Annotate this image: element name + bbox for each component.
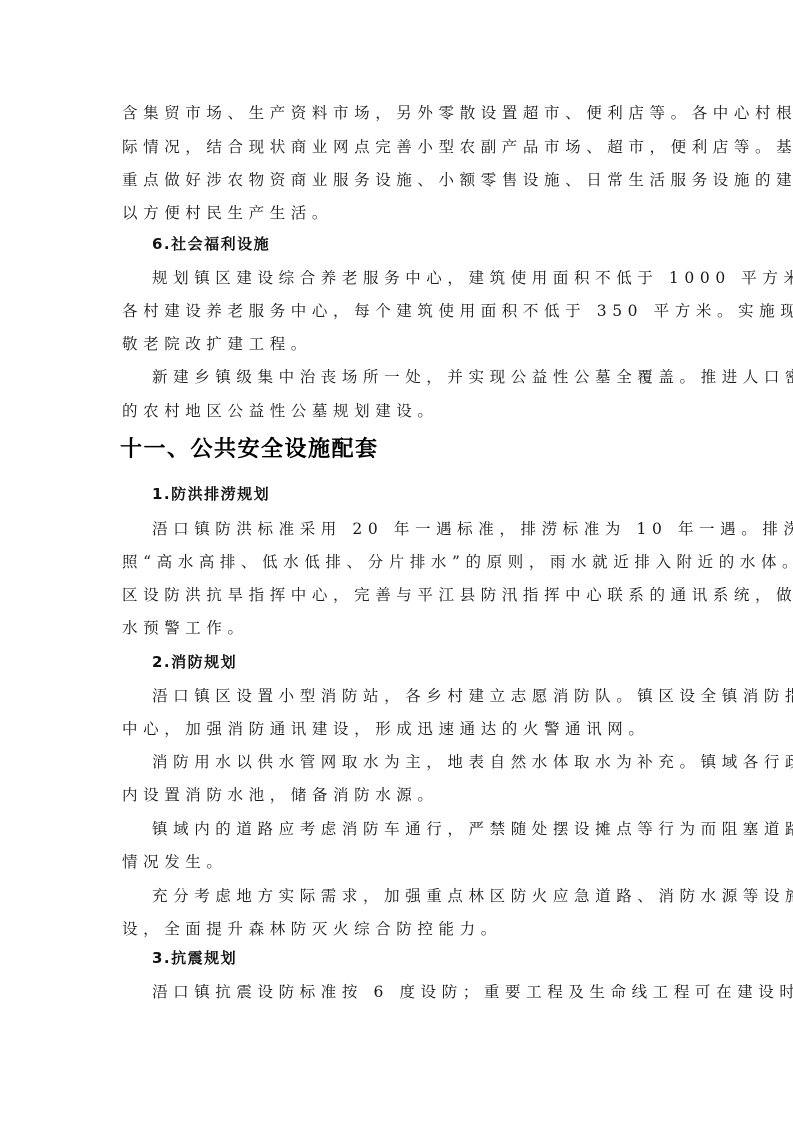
paragraph-line: 内设置消防水池，储备消防水源。	[122, 785, 682, 805]
paragraph-line: 照“高水高排、低水低排、分片排水”的原则，雨水就近排入附近的水体。镇	[122, 552, 682, 572]
paragraph-line: 含集贸市场、生产资料市场，另外零散设置超市、便利店等。各中心村根据实	[122, 103, 682, 123]
paragraph-line: 中心，加强消防通讯建设，形成迅速通达的火警通讯网。	[122, 719, 682, 739]
paragraph-line: 以方便村民生产生活。	[122, 203, 682, 223]
paragraph-line: 充分考虑地方实际需求，加强重点林区防火应急道路、消防水源等设施建	[152, 886, 712, 906]
section-heading-quake: 3.抗震规划	[152, 948, 237, 968]
section-heading-flood: 1.防洪排涝规划	[152, 484, 270, 504]
paragraph-line: 区设防洪抗旱指挥中心，完善与平江县防汛指挥中心联系的通讯系统，做好洪	[122, 585, 682, 605]
section-heading-fire: 2.消防规划	[152, 652, 237, 672]
paragraph-line: 情况发生。	[122, 852, 682, 872]
paragraph-line: 镇域内的道路应考虑消防车通行，严禁随处摆设摊点等行为而阻塞道路的	[152, 819, 712, 839]
chapter-title: 十一、公共安全设施配套	[120, 436, 379, 464]
paragraph-line: 水预警工作。	[122, 618, 682, 638]
paragraph-line: 浯口镇抗震设防标准按 6 度设防；重要工程及生命线工程可在建设时适当	[152, 982, 712, 1002]
section-heading-social-welfare: 6.社会福利设施	[152, 234, 270, 254]
paragraph-line: 际情况，结合现状商业网点完善小型农副产品市场、超市，便利店等。基层村	[122, 137, 682, 157]
paragraph-line: 新建乡镇级集中治丧场所一处，并实现公益性公墓全覆盖。推进人口密集	[152, 367, 712, 387]
paragraph-line: 浯口镇区设置小型消防站，各乡村建立志愿消防队。镇区设全镇消防指挥	[152, 686, 712, 706]
paragraph-line: 设，全面提升森林防灭火综合防控能力。	[122, 919, 682, 939]
paragraph-line: 的农村地区公益性公墓规划建设。	[122, 401, 682, 421]
document-page: 含集贸市场、生产资料市场，另外零散设置超市、便利店等。各中心村根据实 际情况，结…	[0, 0, 793, 1122]
paragraph-line: 消防用水以供水管网取水为主，地表自然水体取水为补充。镇域各行政村	[152, 752, 712, 772]
paragraph-line: 浯口镇防洪标准采用 20 年一遇标准，排涝标准为 10 年一遇。排涝规划按	[152, 519, 712, 539]
paragraph-line: 敬老院改扩建工程。	[122, 334, 682, 354]
paragraph-line: 各村建设养老服务中心，每个建筑使用面积不低于 350 平方米。实施现有两所	[122, 301, 682, 321]
paragraph-line: 重点做好涉农物资商业服务设施、小额零售设施、日常生活服务设施的建设，	[122, 170, 682, 190]
paragraph-line: 规划镇区建设综合养老服务中心，建筑使用面积不低于 1000 平方米；规划	[152, 268, 712, 288]
